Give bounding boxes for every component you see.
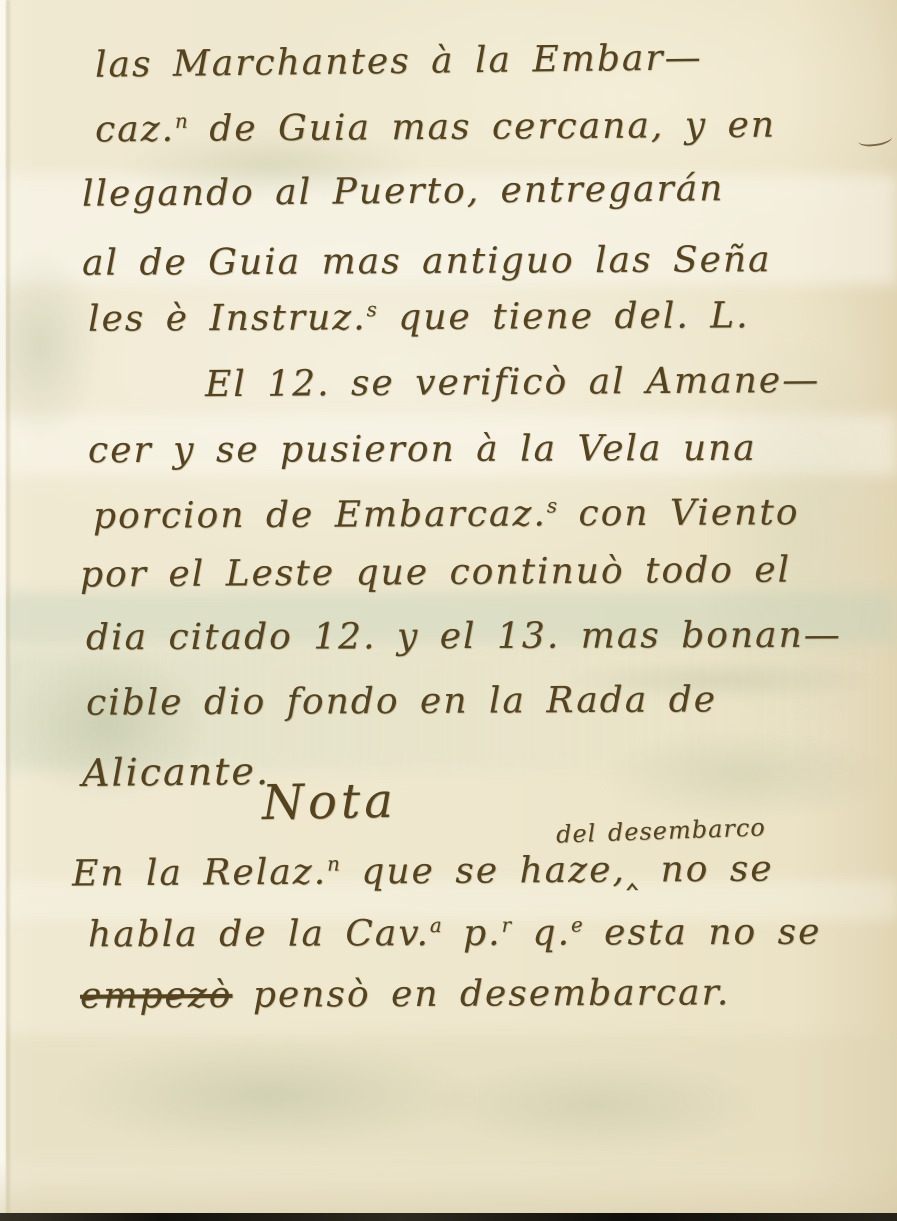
line-text: con Viento [558,492,800,534]
line-text: q. [512,913,571,954]
manuscript-line: cer y se pusieron à la Vela una [88,429,757,471]
line-text: que se haze,‸ no se [341,849,774,893]
superscript-abbreviation: r [502,914,513,937]
page-bottom-shadow [0,1158,897,1213]
superscript-abbreviation: a [430,914,443,937]
manuscript-line: En la Relaz.n que se haze,‸ no se [72,850,774,894]
manuscript-line: les è Instruz.s que tiene del. L. [88,296,750,339]
struck-through-word: empezò [80,975,233,1017]
line-text: que tiene del. L. [378,295,750,338]
ink-bleed-through [600,730,890,820]
manuscript-line: Alicante. [82,751,270,795]
ink-bleed-through [430,1060,760,1150]
line-text: pensò en desembarcar. [232,972,730,1016]
note-heading: Nota [262,775,398,830]
line-text: porcion de Embarcaz. [93,493,547,536]
manuscript-line: porcion de Embarcaz.s con Viento [93,493,800,536]
pen-flourish-mark [857,130,893,149]
manuscript-line: empezò pensò en desembarcar. [80,973,730,1016]
line-text: caz. [95,109,175,151]
manuscript-page: las Marchantes à la Embar— caz.n de Guia… [0,0,897,1221]
manuscript-line: las Marchantes à la Embar— [95,38,703,85]
manuscript-line: por el Leste que continuò todo el [80,551,791,596]
manuscript-line: llegando al Puerto, entregarán [82,169,725,214]
superscript-abbreviation: s [367,298,378,321]
ink-bleed-through [60,1040,480,1150]
superscript-abbreviation: s [547,494,558,517]
line-text: habla de la Cav. [88,913,430,955]
line-text: p. [443,913,502,954]
page-crease [6,0,10,1221]
line-text: En la Relaz. [72,852,327,895]
line-text: esta no se [584,912,822,954]
manuscript-line: al de Guia mas antiguo las Seña [82,240,772,283]
manuscript-line: habla de la Cav.a p.r q.e esta no se [88,913,822,955]
scan-bottom-edge [0,1213,897,1221]
manuscript-line: El 12. se verificò al Amane— [205,361,820,405]
paper-dark-band [0,1035,897,1165]
manuscript-line: caz.n de Guia mas cercana, y en [95,106,776,150]
line-text: de Guia mas cercana, y en [189,105,777,150]
manuscript-line: cible dio fondo en la Rada de [86,680,717,723]
manuscript-line: dia citado 12. y el 13. mas bonan— [86,616,842,658]
interlinear-insertion: del desembarco [556,814,767,848]
superscript-abbreviation: n [175,110,189,133]
superscript-abbreviation: n [327,853,341,876]
line-text: les è Instruz. [88,297,367,339]
superscript-abbreviation: e [571,914,584,937]
